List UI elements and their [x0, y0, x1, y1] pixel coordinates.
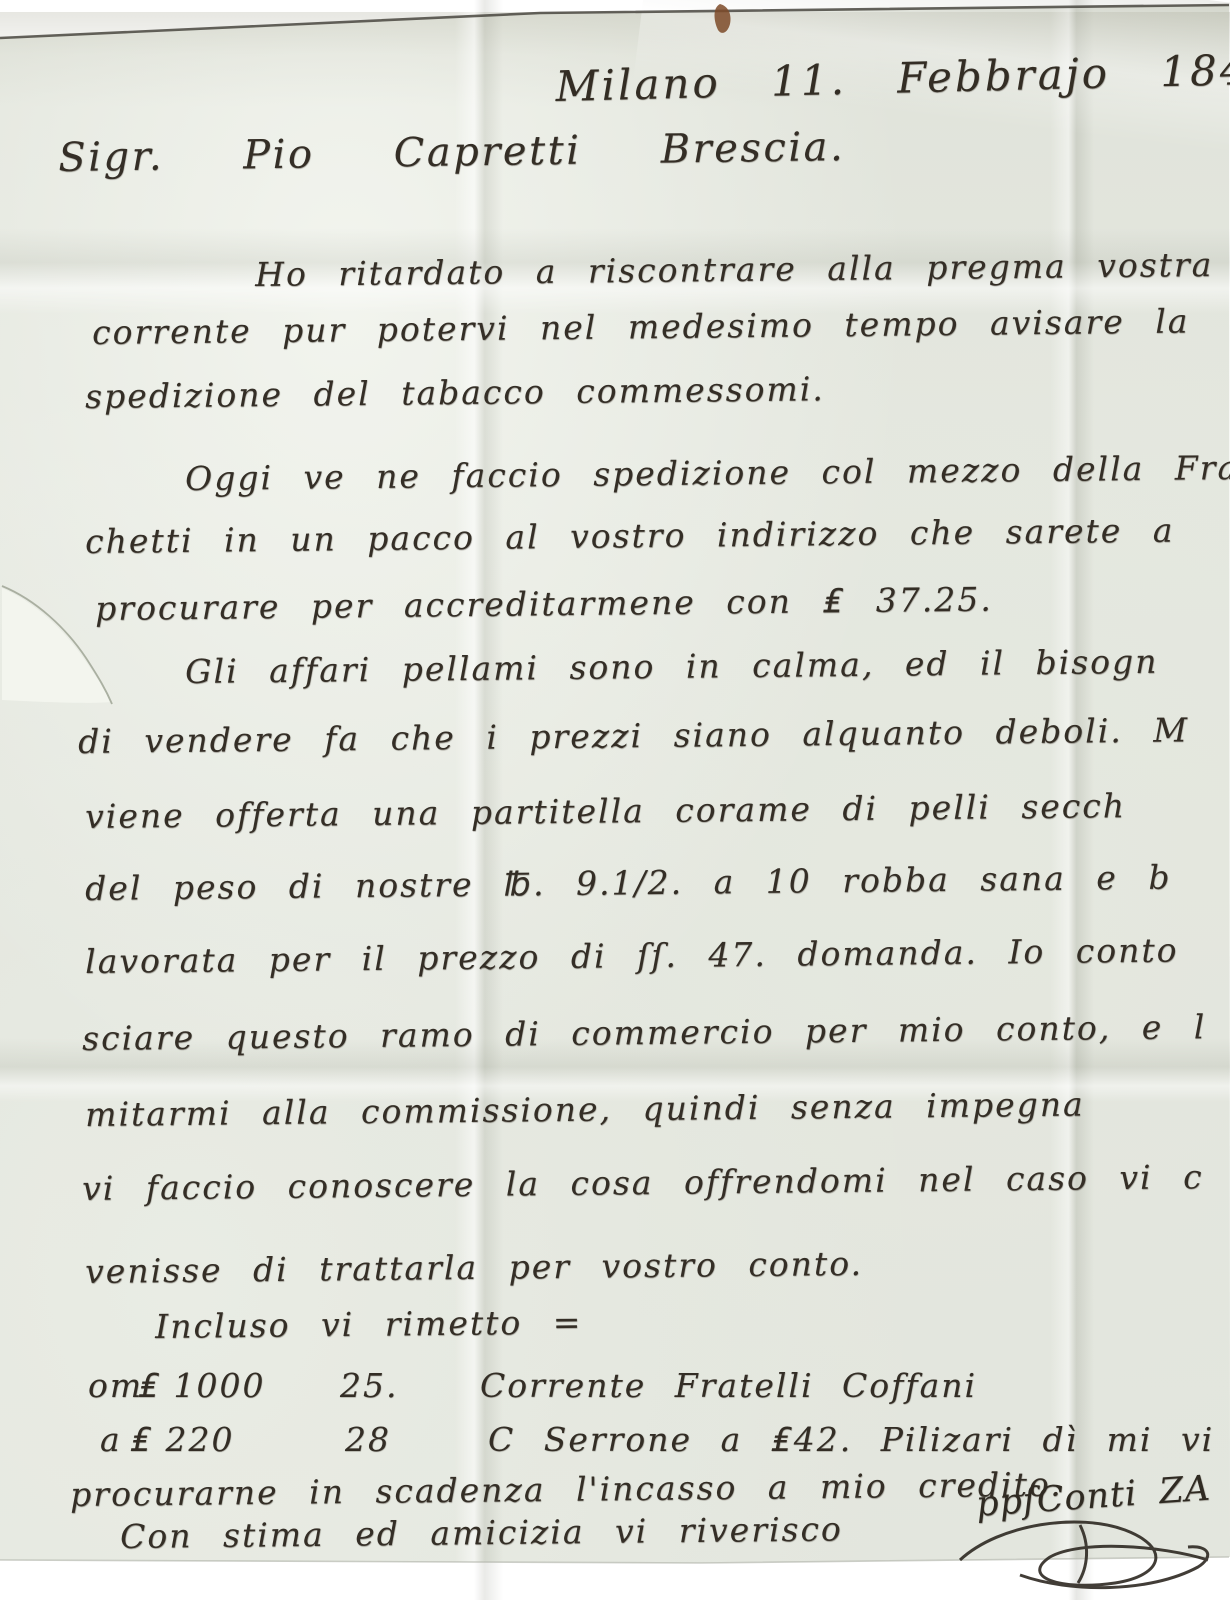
signature-flourish — [930, 1505, 1230, 1600]
letter-line: venisse di trattarla per vostro conto. — [85, 1247, 863, 1288]
enclosure-day: 25. — [340, 1366, 398, 1405]
enclosure-row: a ₤ 220 28 C Serrone a ₤42. Pilizari dì … — [0, 1420, 1150, 1470]
letter-salutation: Sigr. Pio Capretti Brescia. — [58, 127, 845, 178]
closing-line: procurarne in scadenza l'incasso a mio c… — [70, 1468, 1063, 1511]
letter-line: procurare per accreditarmene con ₤ 37.25… — [95, 583, 993, 625]
enclosure-amount: ₤ 220 — [130, 1420, 234, 1459]
valediction: Con stima ed amicizia vi riverisco — [120, 1512, 843, 1553]
letter-line: mitarmi alla commissione, quindi senza i… — [85, 1088, 1085, 1131]
scanned-letter-page: Milano 11. Febbrajo 1847. Sigr. Pio Capr… — [0, 0, 1230, 1600]
enclosure-desc: C Serrone a ₤42. Pilizari dì mi vi pr — [488, 1420, 1230, 1459]
enclosure-prefix: om — [88, 1366, 143, 1405]
letter-line: spedizione del tabacco commessomi. — [85, 372, 825, 413]
letter-line: Incluso vi rimetto = — [155, 1306, 583, 1343]
enclosure-day: 28 — [345, 1420, 391, 1459]
enclosure-row: om ₤ 1000 25. Corrente Fratelli Coffani — [0, 1366, 1150, 1416]
letter-line: Ho ritardato a riscontrare alla pregma v… — [255, 247, 1230, 291]
enclosure-prefix: a — [100, 1420, 122, 1459]
letter-line: del peso di nostre ℔. 9.1/2. a 10 robba … — [85, 861, 1172, 905]
enclosure-desc: Corrente Fratelli Coffani — [480, 1366, 977, 1405]
enclosure-amount: ₤ 1000 — [138, 1366, 265, 1405]
letter-line: Oggi ve ne faccio spedizione col mezzo d… — [185, 451, 1230, 495]
letter-line: viene offerta una partitella corame di p… — [85, 789, 1126, 833]
letter-line: Gli affari pellami sono in calma, ed il … — [185, 645, 1159, 688]
